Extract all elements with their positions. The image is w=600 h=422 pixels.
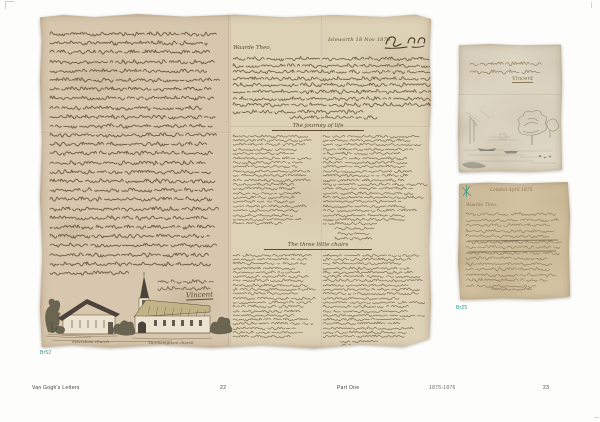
letter-facsimile-april-1875: Londen April 1875 Waarde Theo, (458, 182, 570, 300)
handwriting-poem2-col2 (323, 252, 425, 338)
river-landscape-sketch (460, 104, 560, 170)
sketch-letter-facsimile: Vincent (458, 44, 562, 172)
poem-title-journey-of-life: The journey of life (272, 123, 364, 131)
book-spread: Vincent (0, 0, 600, 422)
footer-page-number-right: 23 (543, 385, 549, 391)
sketch-caption-turnham-green: Turnhamgreen church (148, 340, 194, 345)
letter-salutation: Waarde Theo, (466, 203, 497, 208)
handwriting-signature-flourish (492, 286, 531, 292)
letter-salutation: Waarde Theo, (233, 45, 271, 51)
footer-book-title: Van Gogh's Letters (32, 385, 80, 391)
collector-mark (460, 184, 474, 198)
footer-years: 1875-1876 (429, 385, 456, 391)
letter-place-date: Londen April 1875 (490, 188, 533, 193)
handwriting-poem2-col1 (233, 252, 316, 338)
handwriting-poem1-col1 (233, 133, 311, 225)
crop-mark (5, 1, 14, 9)
handwriting-dutch-opening (233, 55, 431, 114)
fold-crease (458, 94, 562, 96)
handwriting-line (290, 114, 378, 120)
crop-mark (594, 417, 599, 418)
letter-place-date: Isleworth 18 Nov 1876 (328, 37, 390, 43)
handwriting-ending (340, 338, 376, 347)
crop-mark (591, 2, 592, 8)
petersham-church-sketch (55, 299, 136, 336)
letter-facsimile-nov-1876: Vincent (40, 14, 431, 348)
footer-section: Part One (337, 385, 359, 391)
handwriting-poem1-col2 (323, 133, 426, 225)
footer-page-number-left: 22 (220, 385, 226, 391)
handwriting-greeting (470, 60, 542, 75)
handwriting-refrain (335, 226, 374, 240)
handwriting-dutch-body (466, 211, 560, 288)
signature-vincent: Vincent (512, 76, 533, 83)
archival-ink-mark (382, 33, 430, 51)
poem-title-three-little-chairs: The three little chairs (264, 242, 372, 250)
catalog-code-main-letter: Br52 (40, 350, 51, 356)
sketch-caption-petersham: Petersham church (71, 339, 109, 344)
handwriting-dutch-body (50, 30, 220, 278)
turnham-green-church-sketch (134, 272, 232, 334)
catalog-code-small-letter: Br25 (456, 305, 467, 311)
church-sketches: Petersham church Turnhamgreen church (42, 270, 254, 346)
